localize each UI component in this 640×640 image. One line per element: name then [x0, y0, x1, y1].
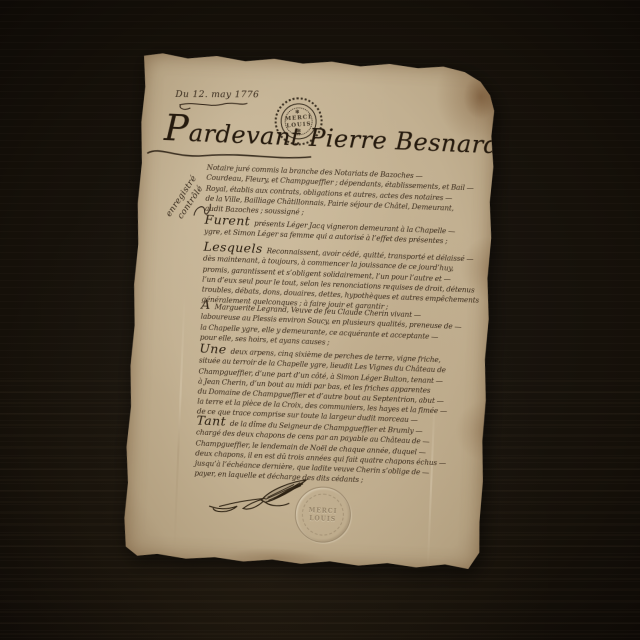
embossed-stamp-text: MERCI LOUIS — [294, 486, 352, 544]
stamp-ornament-icon: ✻ — [295, 110, 301, 114]
date-text: Du 12. may 1776 — [175, 90, 259, 100]
manuscript-sheet: Du 12. may 1776 ✻ MERCI LOUIS ✻ Pardevan… — [121, 51, 501, 573]
parchment-paper: Du 12. may 1776 ✻ MERCI LOUIS ✻ Pardevan… — [121, 51, 501, 573]
tabletop-background: Du 12. may 1776 ✻ MERCI LOUIS ✻ Pardevan… — [0, 0, 640, 640]
embossed-line-2: LOUIS — [309, 515, 336, 523]
embossed-blind-stamp: MERCI LOUIS — [294, 486, 352, 544]
paragraph-lead-word: A — [201, 297, 211, 312]
embossed-line-1: MERCI — [309, 507, 338, 515]
paragraph-lead-word: Une — [199, 341, 227, 357]
paper-crease — [173, 293, 185, 553]
paragraph-lead-word: Furent — [204, 212, 250, 229]
burnt-corner-mark — [457, 66, 505, 128]
paragraph-lead-word: Tant — [196, 413, 226, 429]
